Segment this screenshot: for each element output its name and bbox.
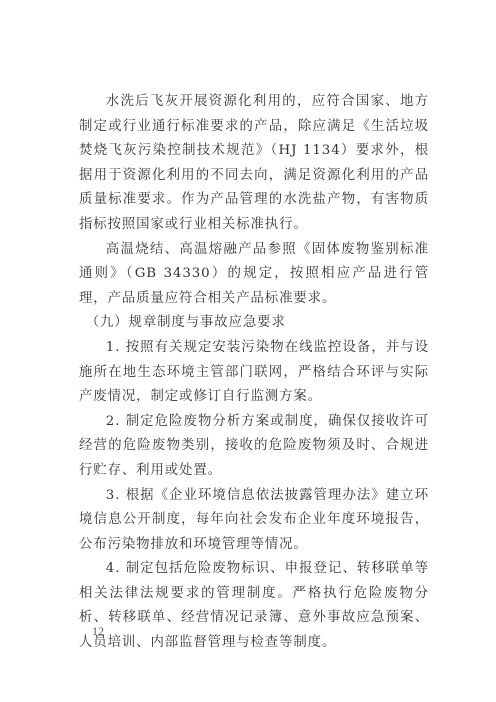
page-number: 12: [92, 624, 104, 639]
document-page: 水洗后飞灰开展资源化利用的，应符合国家、地方制定或行业通行标准要求的产品，除应满…: [79, 90, 429, 656]
section-heading-rules-emergency: （九）规章制度与事故应急要求: [79, 311, 429, 336]
paragraph-fly-ash-utilization: 水洗后飞灰开展资源化利用的，应符合国家、地方制定或行业通行标准要求的产品，除应满…: [79, 90, 429, 238]
paragraph-item-4-management: 4. 制定包括危险废物标识、申报登记、转移联单等相关法律法规要求的管理制度。严格…: [79, 557, 429, 655]
paragraph-item-3-disclosure: 3. 根据《企业环境信息依法披露管理办法》建立环境信息公开制度，每年向社会发布企…: [79, 484, 429, 558]
paragraph-high-temp-products: 高温烧结、高温熔融产品参照《固体废物鉴别标准 通则》（GB 34330）的规定，…: [79, 238, 429, 312]
paragraph-item-2-analysis: 2. 制定危险废物分析方案或制度，确保仅接收许可经营的危险废物类别，接收的危险废…: [79, 410, 429, 484]
paragraph-item-1-monitoring: 1. 按照有关规定安装污染物在线监控设备，并与设施所在地生态环境主管部门联网，严…: [79, 336, 429, 410]
